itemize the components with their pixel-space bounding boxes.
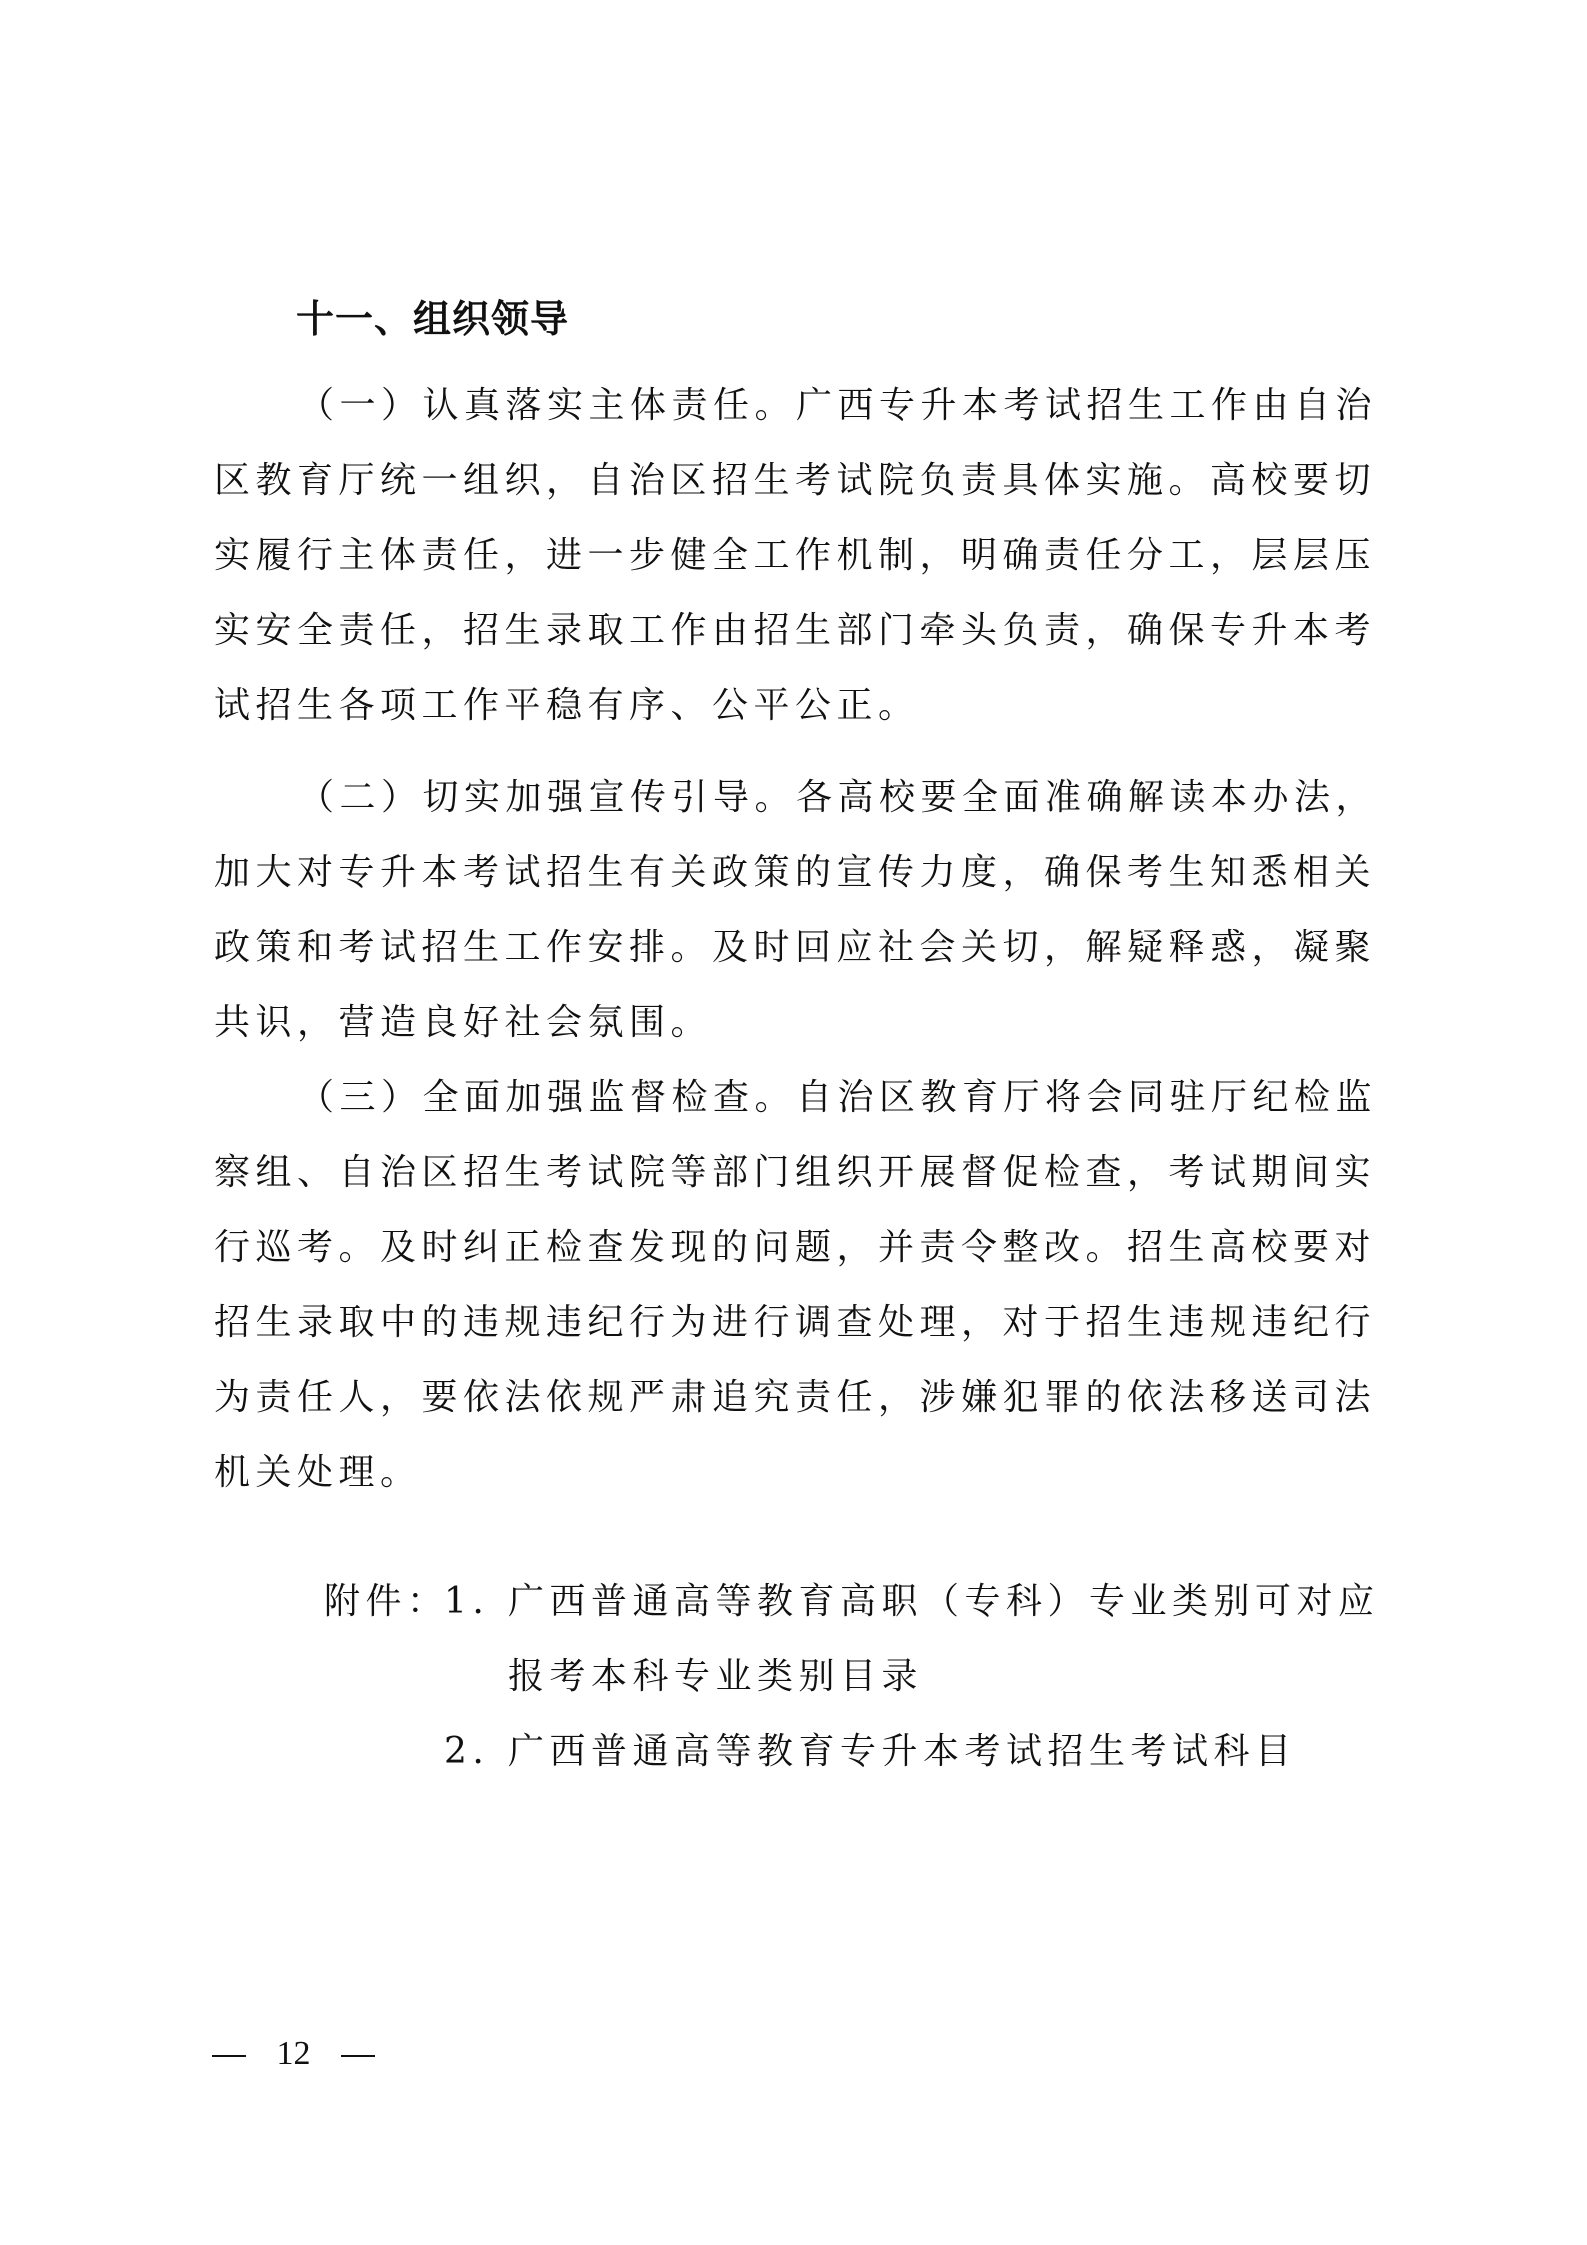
- paragraph-line: （二）切实加强宣传引导。各高校要全面准确解读本办法，: [214, 760, 1390, 835]
- paragraph-line: 实安全责任，招生录取工作由招生部门牵头负责，确保专升本考: [214, 593, 1390, 668]
- paragraph-line: 区教育厅统一组织，自治区招生考试院负责具体实施。高校要切: [214, 443, 1390, 518]
- paragraph-line: 行巡考。及时纠正检查发现的问题，并责令整改。招生高校要对: [214, 1210, 1390, 1285]
- paragraph-responsibility: （一）认真落实主体责任。广西专升本考试招生工作由自治 区教育厅统一组织，自治区招…: [214, 368, 1390, 743]
- paragraph-publicity: （二）切实加强宣传引导。各高校要全面准确解读本办法， 加大对专升本考试招生有关政…: [214, 760, 1390, 1060]
- attachment-title-continued: 报考本科专业类别目录: [508, 1639, 923, 1714]
- attachment-title: 广西普通高等教育专升本考试招生考试科目: [508, 1714, 1297, 1789]
- paragraph-line: 政策和考试招生工作安排。及时回应社会关切，解疑释惑，凝聚: [214, 910, 1390, 985]
- paragraph-supervision: （三）全面加强监督检查。自治区教育厅将会同驻厅纪检监 察组、自治区招生考试院等部…: [214, 1060, 1390, 1510]
- paragraph-line: （一）认真落实主体责任。广西专升本考试招生工作由自治: [214, 368, 1390, 443]
- paragraph-line: 察组、自治区招生考试院等部门组织开展督促检查，考试期间实: [214, 1135, 1390, 1210]
- paragraph-line: 实履行主体责任，进一步健全工作机制，明确责任分工，层层压: [214, 518, 1390, 593]
- page-footer: 12: [212, 2034, 375, 2074]
- footer-dash-left: [212, 2055, 246, 2057]
- paragraph-line: 加大对专升本考试招生有关政策的宣传力度，确保考生知悉相关: [214, 835, 1390, 910]
- paragraph-line: 机关处理。: [214, 1435, 1390, 1510]
- attachment-number: 1.: [444, 1564, 489, 1639]
- paragraph-line: 共识，营造良好社会氛围。: [214, 985, 1390, 1060]
- attachment-title: 广西普通高等教育高职（专科）专业类别可对应: [508, 1564, 1380, 1639]
- attachments-label: 附件：: [324, 1564, 449, 1639]
- section-heading: 十一、组织领导: [296, 296, 569, 342]
- page-number: 12: [277, 2034, 311, 2074]
- footer-dash-right: [341, 2055, 375, 2057]
- attachment-number: 2.: [444, 1714, 489, 1789]
- paragraph-line: （三）全面加强监督检查。自治区教育厅将会同驻厅纪检监: [214, 1060, 1390, 1135]
- paragraph-line: 招生录取中的违规违纪行为进行调查处理，对于招生违规违纪行: [214, 1285, 1390, 1360]
- paragraph-line: 为责任人，要依法依规严肃追究责任，涉嫌犯罪的依法移送司法: [214, 1360, 1390, 1435]
- paragraph-line: 试招生各项工作平稳有序、公平公正。: [214, 668, 1390, 743]
